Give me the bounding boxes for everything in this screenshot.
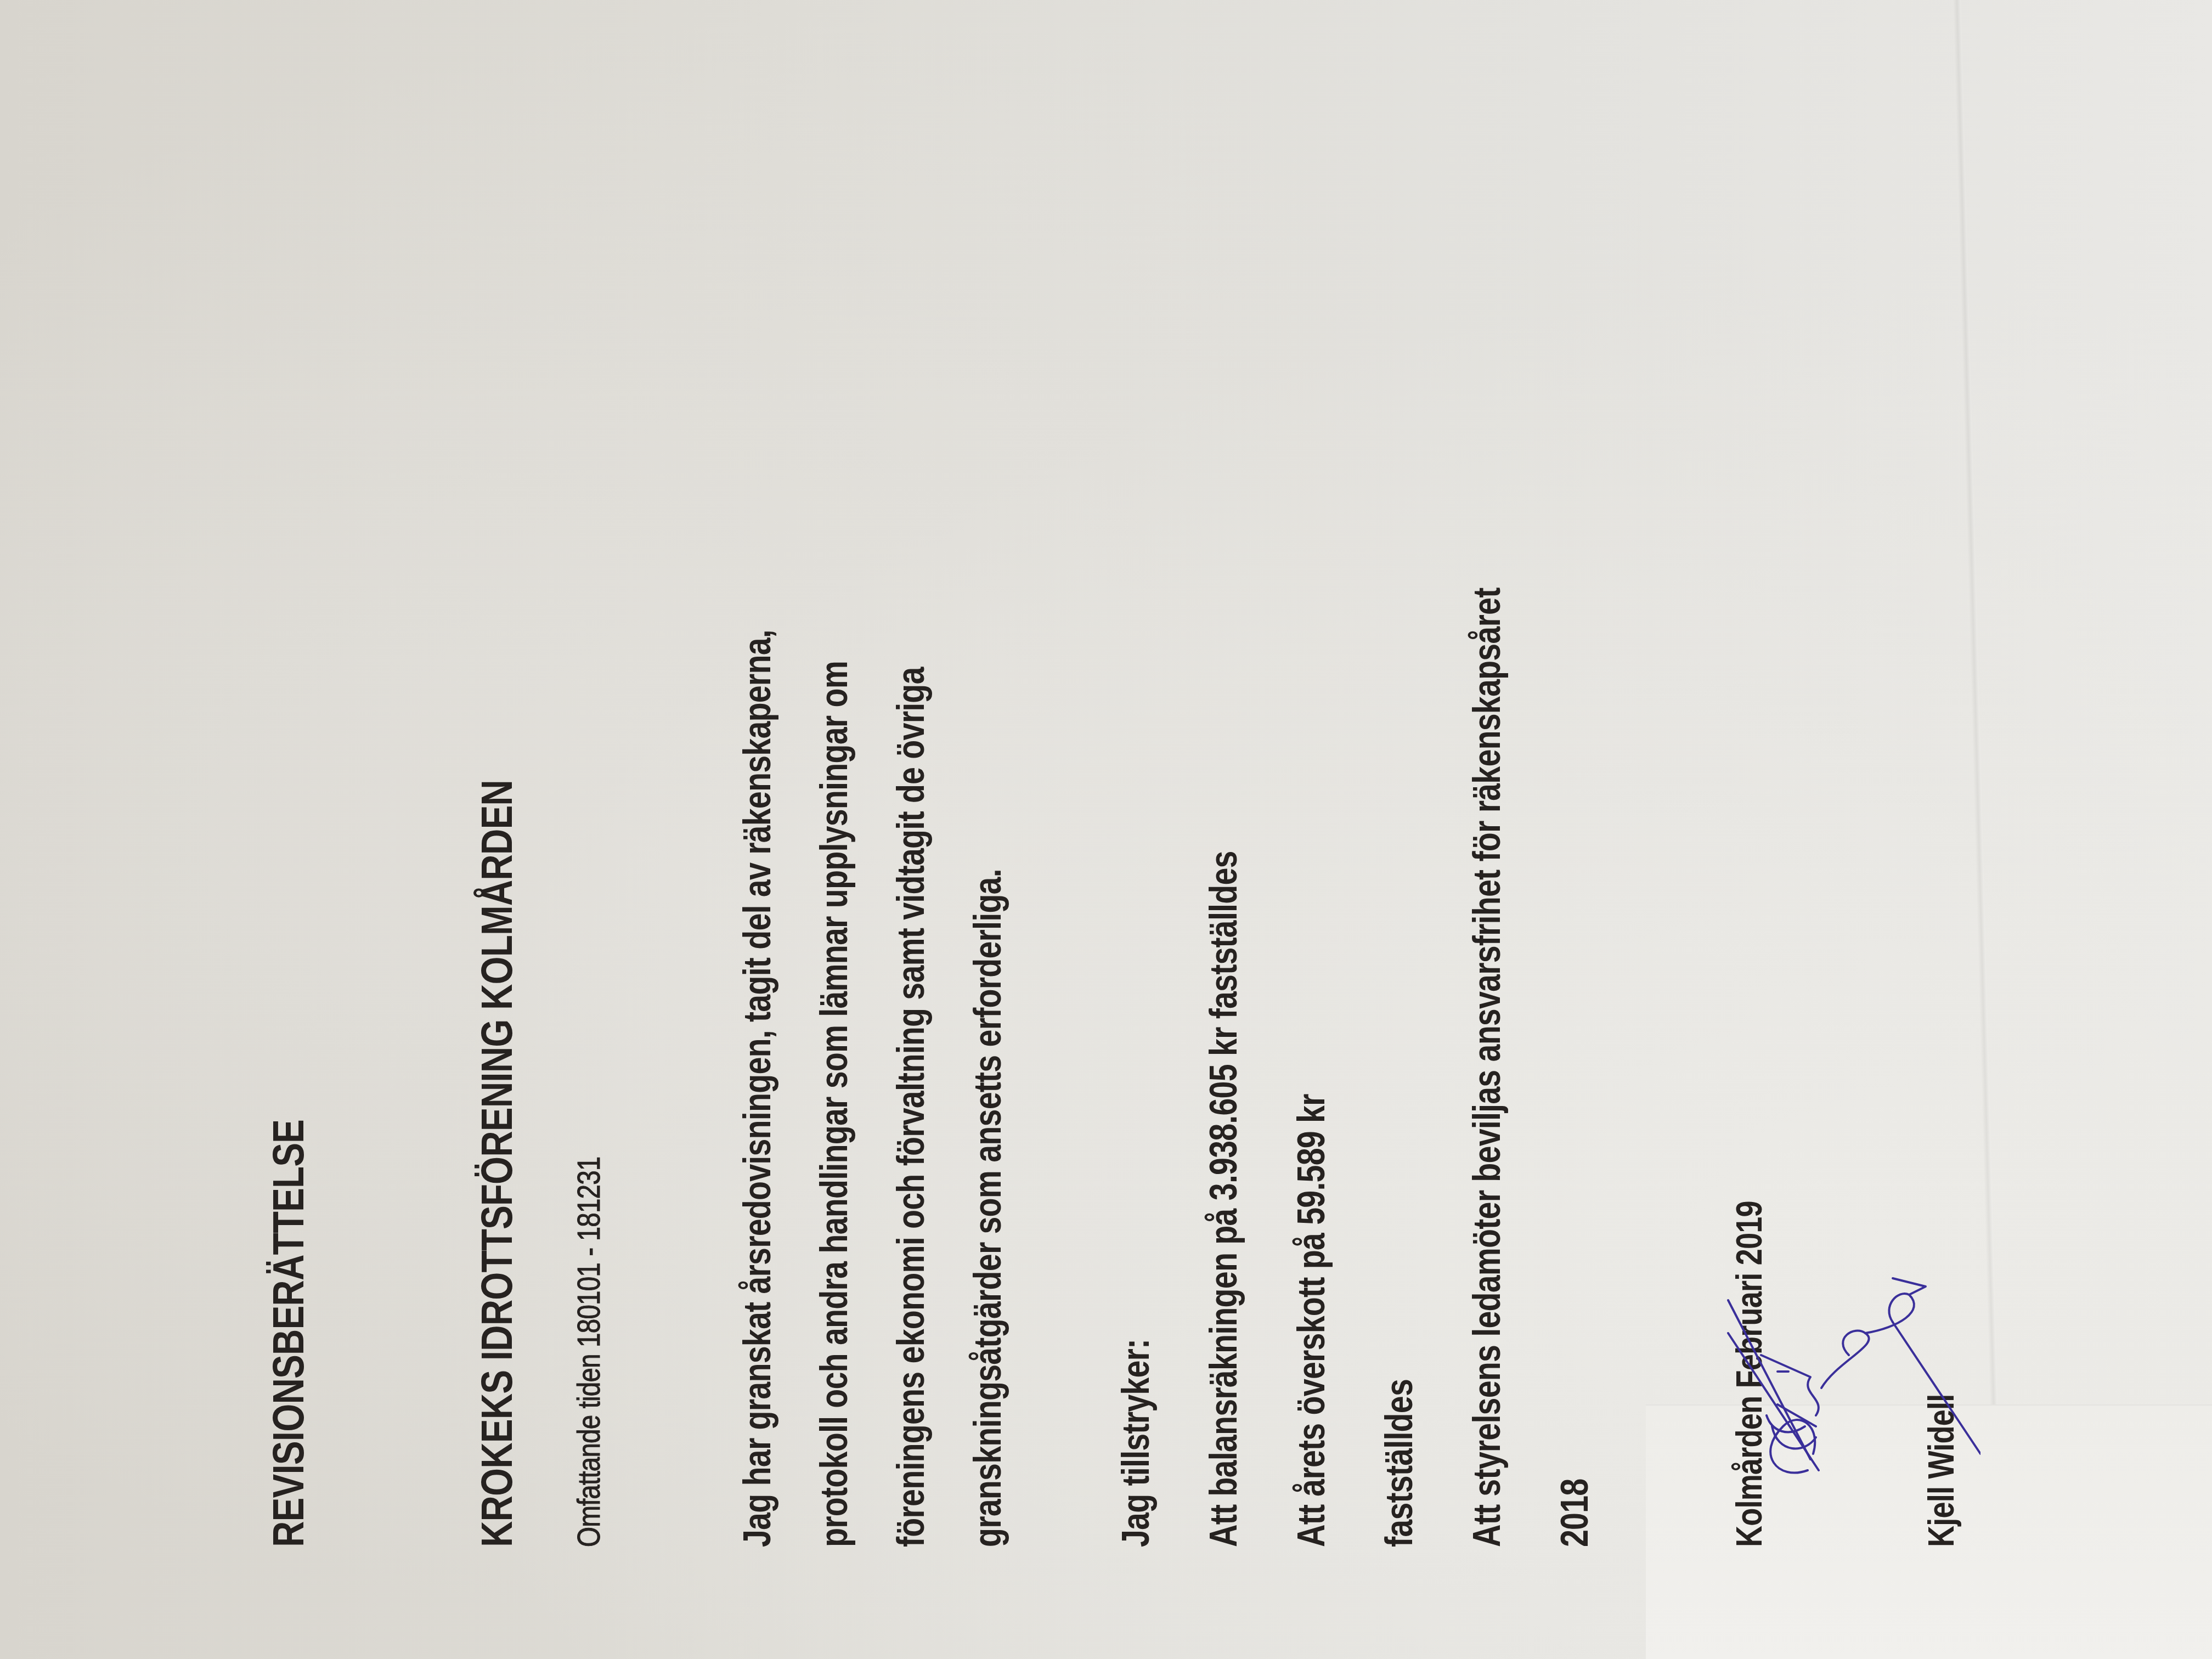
document-title: REVISIONSBERÄTTELSE bbox=[263, 1120, 314, 1547]
paragraph-line: Jag har granskat årsredovisningen, tagit… bbox=[735, 630, 779, 1547]
approval-balance-sheet: Att balansräkningen på 3.938.605 kr fast… bbox=[1201, 851, 1245, 1547]
paragraph-line: protokoll och andra handlingar som lämna… bbox=[812, 661, 856, 1547]
signer-name: Kjell Widell bbox=[1920, 1395, 1962, 1547]
approval-surplus-adopted: fastställdes bbox=[1377, 1379, 1421, 1547]
paragraph-line: föreningens ekonomi och förvaltning samt… bbox=[889, 667, 933, 1547]
organization-name: KROKEKS IDROTTSFÖRENING KOLMÅRDEN bbox=[472, 780, 522, 1547]
paragraph-line: granskningsåtgärder som ansetts erforder… bbox=[966, 869, 1009, 1547]
approval-heading: Jag tillstryker: bbox=[1114, 1339, 1158, 1547]
approval-surplus: Att årets överskott på 59.589 kr bbox=[1289, 1094, 1333, 1547]
audit-report-page: REVISIONSBERÄTTELSE KROKEKS IDROTTSFÖREN… bbox=[208, 11, 2019, 1547]
approval-discharge-year: 2018 bbox=[1553, 1479, 1596, 1547]
approval-discharge: Att styrelsens ledamöter beviljas ansvar… bbox=[1465, 588, 1509, 1547]
audit-period: Omfattande tiden 180101 - 181231 bbox=[571, 1156, 607, 1547]
document-photo: REVISIONSBERÄTTELSE KROKEKS IDROTTSFÖREN… bbox=[0, 0, 2212, 1659]
place-date: Kolmården Februari 2019 bbox=[1728, 1201, 1770, 1547]
